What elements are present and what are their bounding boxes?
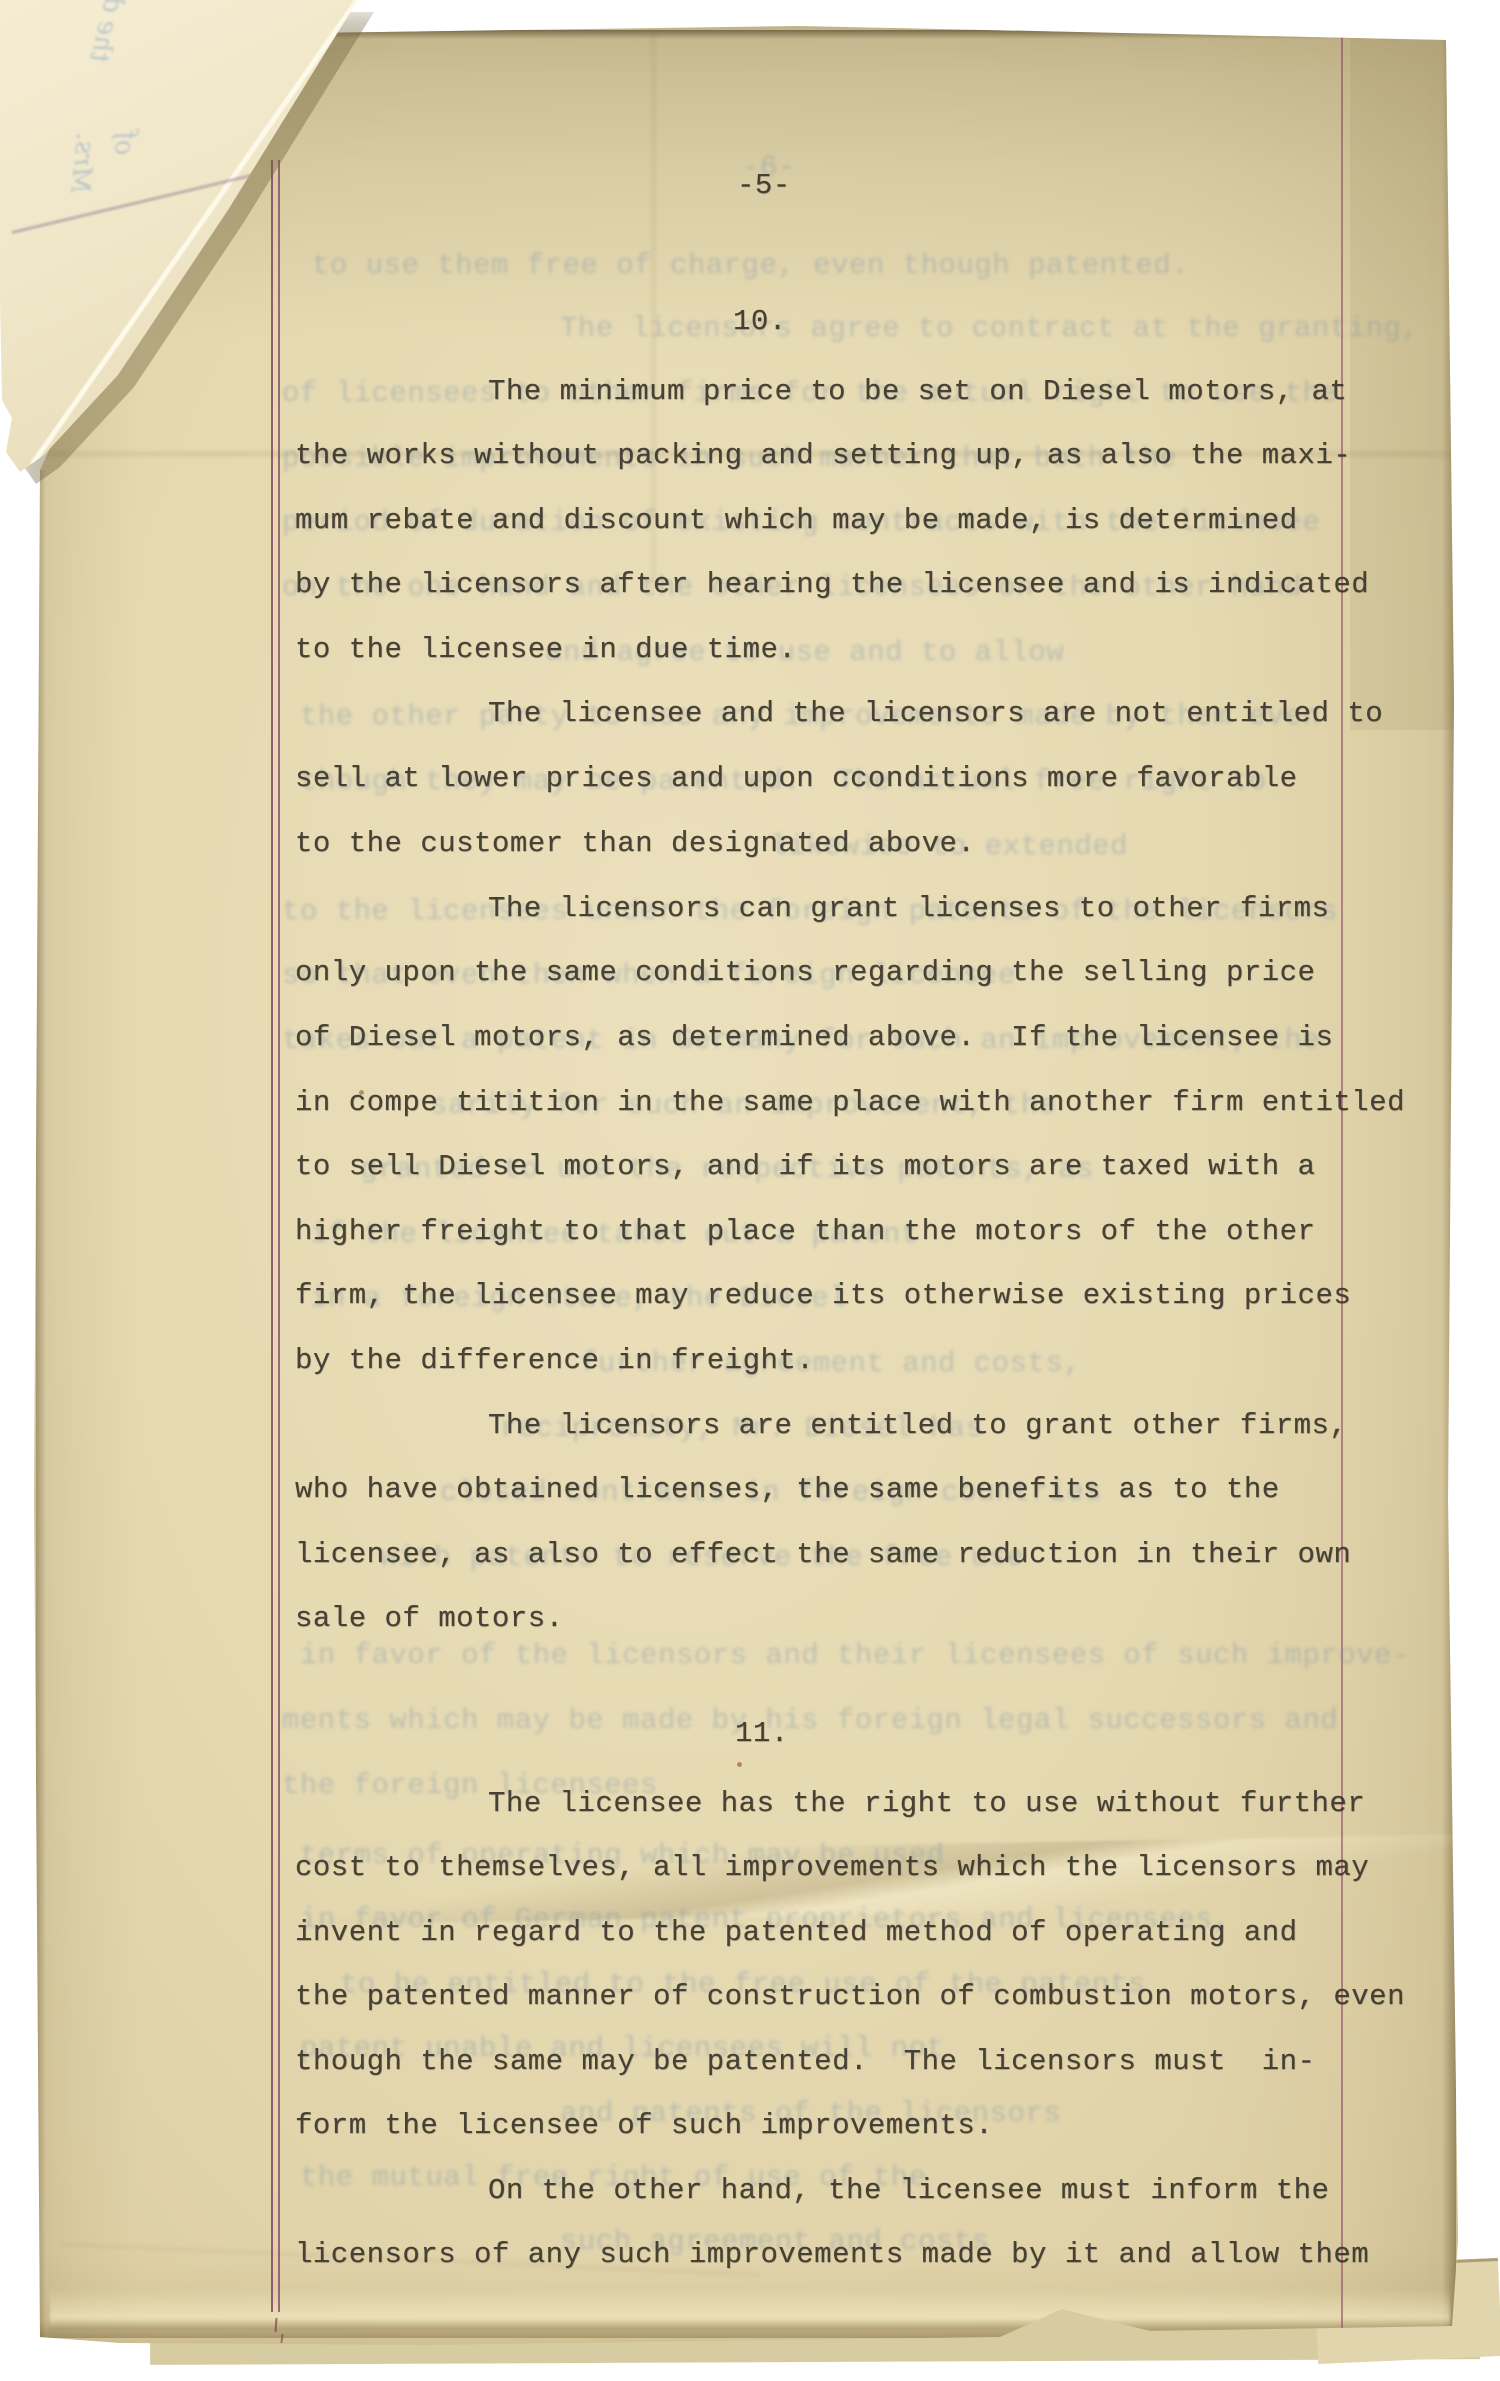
typed-line: to the licensee in due time. (295, 634, 796, 666)
page-or-section-label: -5- (737, 170, 791, 202)
ghost-showthrough-line: to use them free of charge, even though … (312, 250, 1189, 282)
typed-line: The licensee and the licensors are not e… (488, 698, 1383, 730)
typed-line: by the licensors after hearing the licen… (295, 569, 1369, 601)
typed-line: firm, the licensee may reduce its otherw… (295, 1280, 1351, 1312)
ghost-showthrough-line: ments which may be made by his foreign l… (282, 1705, 1338, 1737)
typed-line: only upon the same conditions regarding … (295, 957, 1315, 989)
typed-line: mum rebate and discount which may be mad… (295, 505, 1298, 537)
fold-handwriting-fragment: the du (83, 0, 132, 65)
typed-line: The licensors can grant licenses to othe… (488, 893, 1329, 925)
typed-line: licensors of any such improvements made … (295, 2239, 1369, 2271)
page-or-section-label: 10. (733, 306, 787, 338)
fold-handwriting-fragment: of (108, 128, 142, 158)
typed-line: higher freight to that place than the mo… (295, 1216, 1315, 1248)
typed-line: sell at lower prices and upon ccondition… (295, 763, 1298, 795)
typed-line: The licensors are entitled to grant othe… (488, 1410, 1347, 1442)
ghost-showthrough-line: in favor of the licensors and their lice… (300, 1640, 1410, 1672)
typed-line: licensee, as also to effect the same red… (295, 1539, 1351, 1571)
fold-handwriting-fragment: Mrs. (64, 131, 100, 194)
typed-line: the patented manner of construction of c… (295, 1981, 1405, 2013)
typed-text-layer: -6-to use them free of charge, even thou… (0, 0, 1500, 2381)
typed-line: to the customer than designated above. (295, 828, 975, 860)
typed-line: On the other hand, the licensee must inf… (488, 2175, 1329, 2207)
ghost-showthrough-line: The licensors agree to contract at the g… (560, 313, 1419, 345)
typed-line: though the same may be patented. The lic… (295, 2046, 1315, 2078)
typed-line: the works without packing and setting up… (295, 440, 1351, 472)
typed-line: invent in regard to the patented method … (295, 1917, 1298, 1949)
typed-line: sale of motors. (295, 1603, 564, 1635)
typed-line: by the difference in freight. (295, 1345, 814, 1377)
scanned-document-scene: -6-to use them free of charge, even thou… (0, 0, 1500, 2381)
typed-line: form the licensee of such improvements. (295, 2110, 993, 2142)
typed-line: The minimum price to be set on Diesel mo… (488, 376, 1347, 408)
typed-line: in compe titition in the same place with… (295, 1087, 1405, 1119)
typed-line: The licensee has the right to use withou… (488, 1788, 1365, 1820)
typed-line: who have obtained licenses, the same ben… (295, 1474, 1280, 1506)
typed-line: cost to themselves, all improvements whi… (295, 1852, 1369, 1884)
typed-line: to sell Diesel motors, and if its motors… (295, 1151, 1315, 1183)
typed-line: of Diesel motors, as determined above. I… (295, 1022, 1333, 1054)
page-or-section-label: 11. (735, 1718, 789, 1750)
